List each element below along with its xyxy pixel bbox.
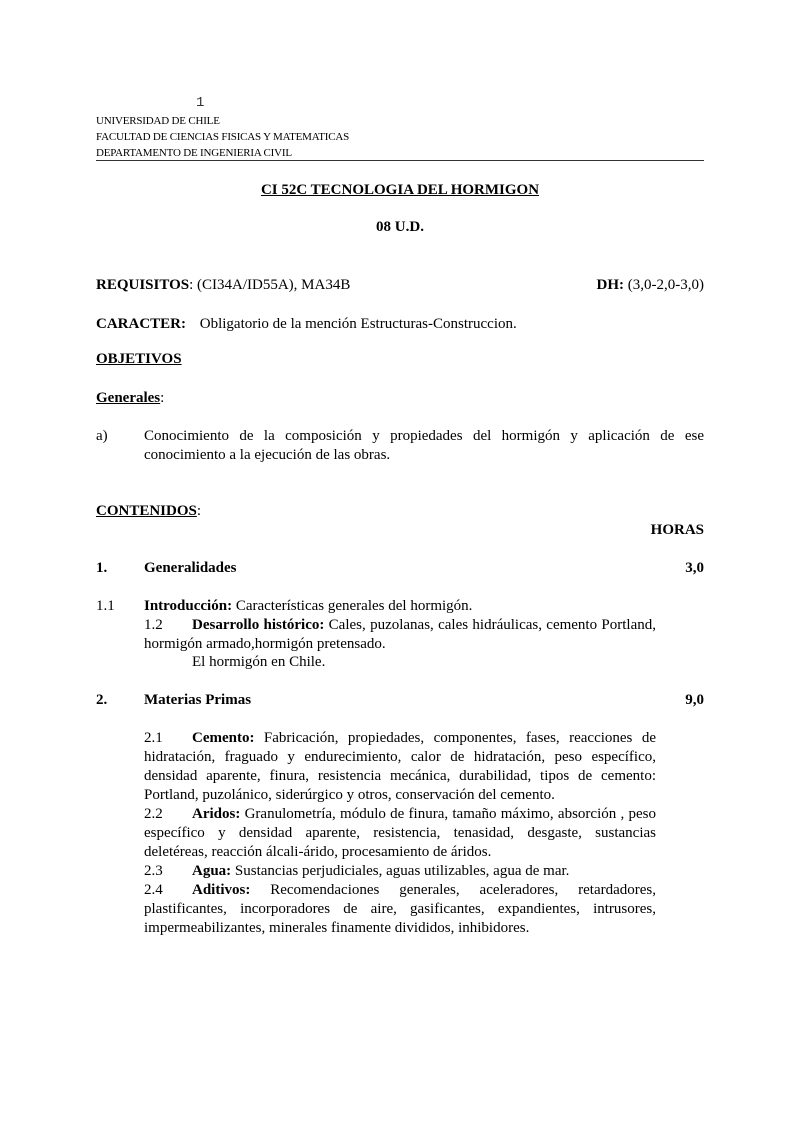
dh-label: DH: <box>597 277 625 293</box>
hours-header: HORAS <box>96 521 704 540</box>
course-title: CI 52C TECNOLOGIA DEL HORMIGON <box>0 182 800 199</box>
section-hours: 3,0 <box>685 559 704 578</box>
dh-value: (3,0-2,0-3,0) <box>624 277 704 293</box>
generales-label: Generales <box>96 390 160 406</box>
contenidos-heading: CONTENIDOS: <box>96 502 704 521</box>
subsection-text: Sustancias perjudiciales, aguas utilizab… <box>231 863 569 879</box>
subsection-title: Cemento: <box>192 730 254 746</box>
section-hours: 9,0 <box>685 691 704 710</box>
subsection-2-2: 2.2Aridos: Granulometría, módulo de finu… <box>144 805 656 862</box>
subsection-number: 2.2 <box>144 805 192 824</box>
header-university: UNIVERSIDAD DE CHILE <box>96 115 220 128</box>
header-faculty: FACULTAD DE CIENCIAS FISICAS Y MATEMATIC… <box>96 131 349 144</box>
subsection-title: Agua: <box>192 863 231 879</box>
section-number: 1. <box>96 559 144 578</box>
requisitos: REQUISITOS: (CI34A/ID55A), MA34B <box>96 276 350 295</box>
requisitos-row: REQUISITOS: (CI34A/ID55A), MA34B DH: (3,… <box>96 276 704 295</box>
objective-item-label: a) <box>96 427 144 465</box>
generales-heading: Generales: <box>96 389 704 408</box>
section-materias-primas: 2. Materias Primas 9,0 <box>96 691 704 710</box>
subsection-1-2-extra: El hormigón en Chile. <box>192 654 325 671</box>
subsection-number: 1.1 <box>96 597 144 616</box>
section-generalidades: 1. Generalidades 3,0 <box>96 559 704 578</box>
objetivos-heading: OBJETIVOS <box>96 350 704 369</box>
caracter-value: Obligatorio de la mención Estructuras-Co… <box>200 316 517 332</box>
subsection-title: Aridos: <box>192 806 240 822</box>
page-number: 1 <box>196 95 204 111</box>
subsection-1-2: 1.2Desarrollo histórico: Cales, puzolana… <box>144 616 656 654</box>
subsection-text: Características generales del hormigón. <box>232 598 472 614</box>
contenidos-colon: : <box>197 503 201 519</box>
subsection-title: Aditivos: <box>192 882 250 898</box>
header-department: DEPARTAMENTO DE INGENIERIA CIVIL <box>96 147 292 160</box>
objective-item-text: Conocimiento de la composición y propied… <box>144 427 704 465</box>
subsection-title: Desarrollo histórico: <box>192 617 324 633</box>
course-units: 08 U.D. <box>0 219 800 236</box>
subsection-title: Introducción: <box>144 598 232 614</box>
generales-colon: : <box>160 390 164 406</box>
requisitos-label: REQUISITOS <box>96 277 189 293</box>
objective-item: a) Conocimiento de la composición y prop… <box>96 427 704 465</box>
subsection-number: 2.3 <box>144 862 192 881</box>
section-title: Generalidades <box>144 559 685 578</box>
caracter-label: CARACTER: <box>96 316 186 332</box>
subsection-number: 1.2 <box>144 616 192 635</box>
contenidos-label: CONTENIDOS <box>96 503 197 519</box>
subsection-2-1: 2.1Cemento: Fabricación, propiedades, co… <box>144 729 656 805</box>
subsection-2-3: 2.3Agua: Sustancias perjudiciales, aguas… <box>144 862 656 881</box>
section-number: 2. <box>96 691 144 710</box>
dh: DH: (3,0-2,0-3,0) <box>597 276 704 295</box>
subsection-2-4: 2.4Aditivos: Recomendaciones generales, … <box>144 881 656 938</box>
section-2-subsections: 2.1Cemento: Fabricación, propiedades, co… <box>144 729 656 938</box>
subsection-number: 2.1 <box>144 729 192 748</box>
section-title: Materias Primas <box>144 691 685 710</box>
subsection-number: 2.4 <box>144 881 192 900</box>
subsection-1-1: 1.1 Introducción: Características genera… <box>96 597 704 616</box>
caracter-row: CARACTER: Obligatorio de la mención Estr… <box>96 315 704 334</box>
header-divider <box>96 160 704 161</box>
requisitos-value: : (CI34A/ID55A), MA34B <box>189 277 350 293</box>
subsection-body: Introducción: Características generales … <box>144 597 472 616</box>
course-title-text: CI 52C TECNOLOGIA DEL HORMIGON <box>261 182 539 198</box>
